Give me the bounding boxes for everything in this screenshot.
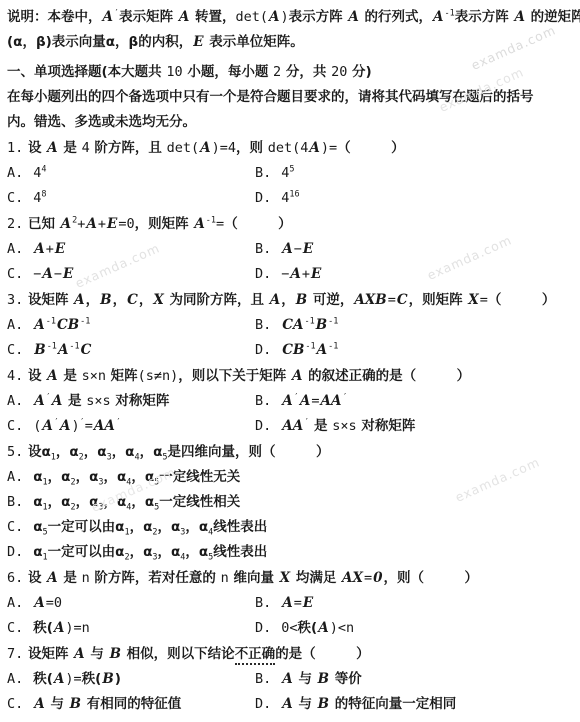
question-stem: 4. 设 A 是 s×n 矩阵(s≠n)，则以下关于矩阵 A 的叙述正确的是（ … <box>7 364 572 389</box>
option-B: B.A=E <box>255 591 314 616</box>
option-text: 48 <box>33 190 46 206</box>
option-C: C.α5一定可以由α1，α2，α3，α4线性表出 <box>7 515 572 540</box>
options-row: C.B-1A-1C D.CB-1A-1 <box>7 338 572 363</box>
options-row: A.44 B.45 <box>7 161 572 186</box>
option-label: C. <box>7 266 23 282</box>
options-row: A.秩(A)=秩(B) B.A 与 B 等价 <box>7 667 572 692</box>
option-B: B.α1，α2，α3，α4，α5一定线性相关 <box>7 490 572 515</box>
option-D: D.0<秩(A)<n <box>255 616 354 641</box>
option-text: α5一定可以由α1，α2，α3，α4线性表出 <box>33 519 267 535</box>
question-2: 2. 已知 A2+A+E=0，则矩阵 A-1=（ ） A.A+E B.A−E C… <box>7 212 572 287</box>
option-text: A=E <box>281 595 314 611</box>
option-label: B. <box>7 494 23 510</box>
option-label: B. <box>255 241 271 257</box>
option-label: D. <box>255 696 271 712</box>
option-label: C. <box>7 519 23 535</box>
option-label: A. <box>7 241 23 257</box>
question-3: 3. 设矩阵 A，B，C，X 为同阶方阵，且 A，B 可逆，AXB=C，则矩阵 … <box>7 288 572 363</box>
option-C: C.B-1A-1C <box>7 338 255 363</box>
question-1: 1. 设 A 是 4 阶方阵，且 det(A)=4，则 det(4A)=（ ） … <box>7 136 572 211</box>
option-D: D.α1一定可以由α2，α3，α4，α5线性表出 <box>7 540 572 565</box>
option-A: A.秩(A)=秩(B) <box>7 667 255 692</box>
section-title: 一、单项选择题(本大题共 10 小题，每小题 2 分，共 20 分) <box>7 60 572 85</box>
option-label: A. <box>7 595 23 611</box>
exam-page: examda.com examda.com examda.com examda.… <box>0 0 580 722</box>
option-C: C.A 与 B 有相同的特征值 <box>7 692 255 717</box>
option-text: 416 <box>281 190 299 206</box>
option-text: A′A=AA′ <box>281 393 347 409</box>
options-row: A.A=0 B.A=E <box>7 591 572 616</box>
option-C: C.48 <box>7 186 255 211</box>
option-label: B. <box>255 671 271 687</box>
option-C: C.(A′A)′=AA′ <box>7 414 255 439</box>
option-text: A+E <box>33 241 66 257</box>
option-label: D. <box>255 342 271 358</box>
option-label: A. <box>7 317 23 333</box>
option-label: A. <box>7 165 23 181</box>
option-text: α1一定可以由α2，α3，α4，α5线性表出 <box>33 544 267 560</box>
option-label: B. <box>255 595 271 611</box>
question-stem: 5. 设α1，α2，α3，α4，α5是四维向量，则（ ） <box>7 440 572 465</box>
option-text: B-1A-1C <box>33 342 92 358</box>
option-text: 0<秩(A)<n <box>281 620 354 636</box>
option-label: C. <box>7 418 23 434</box>
option-label: A. <box>7 393 23 409</box>
option-B: B.A−E <box>255 237 314 262</box>
option-text: 秩(A)=n <box>33 620 90 636</box>
option-label: D. <box>255 620 271 636</box>
question-7: 7. 设矩阵 A 与 B 相似，则以下结论不正确的是（ ） A.秩(A)=秩(B… <box>7 642 572 717</box>
option-label: D. <box>255 190 271 206</box>
option-D: D.AA′ 是 s×s 对称矩阵 <box>255 414 415 439</box>
option-text: 44 <box>33 165 46 181</box>
option-label: C. <box>7 696 23 712</box>
option-text: α1，α2，α3，α4，α5一定线性无关 <box>33 469 240 485</box>
option-text: (A′A)′=AA′ <box>33 418 121 434</box>
question-6: 6. 设 A 是 n 阶方阵，若对任意的 n 维向量 X 均满足 AX=0，则（… <box>7 566 572 641</box>
option-label: C. <box>7 620 23 636</box>
option-label: D. <box>255 266 271 282</box>
options-row: A.A-1CB-1 B.CA-1B-1 <box>7 313 572 338</box>
option-label: C. <box>7 342 23 358</box>
option-label: B. <box>255 393 271 409</box>
option-text: A′A 是 s×s 对称矩阵 <box>33 393 169 409</box>
option-A: A.α1，α2，α3，α4，α5一定线性无关 <box>7 465 572 490</box>
option-A: A.A+E <box>7 237 255 262</box>
option-text: A 与 B 的特征向量一定相同 <box>281 696 456 712</box>
option-A: A.A-1CB-1 <box>7 313 255 338</box>
option-label: B. <box>255 317 271 333</box>
option-B: B.45 <box>255 161 295 186</box>
option-text: 秩(A)=秩(B) <box>33 671 121 687</box>
option-label: D. <box>255 418 271 434</box>
option-D: D.A 与 B 的特征向量一定相同 <box>255 692 456 717</box>
question-4: 4. 设 A 是 s×n 矩阵(s≠n)，则以下关于矩阵 A 的叙述正确的是（ … <box>7 364 572 439</box>
option-text: CA-1B-1 <box>281 317 338 333</box>
option-text: A−E <box>281 241 314 257</box>
question-stem: 7. 设矩阵 A 与 B 相似，则以下结论不正确的是（ ） <box>7 642 572 667</box>
option-A: A.A′A 是 s×s 对称矩阵 <box>7 389 255 414</box>
option-D: D.CB-1A-1 <box>255 338 338 363</box>
option-B: B.A 与 B 等价 <box>255 667 362 692</box>
option-text: α1，α2，α3，α4，α5一定线性相关 <box>33 494 240 510</box>
option-text: A 与 B 有相同的特征值 <box>33 696 181 712</box>
option-label: D. <box>7 544 23 560</box>
section-instructions: 在每小题列出的四个备选项中只有一个是符合题目要求的，请将其代码填写在题后的括号内… <box>7 85 572 135</box>
option-text: A 与 B 等价 <box>281 671 362 687</box>
option-text: −A+E <box>281 266 322 282</box>
question-stem: 1. 设 A 是 4 阶方阵，且 det(A)=4，则 det(4A)=（ ） <box>7 136 572 161</box>
option-text: A=0 <box>33 595 62 611</box>
option-text: A-1CB-1 <box>33 317 90 333</box>
exam-notes: 说明：本卷中，A′表示矩阵 A 转置，det(A)表示方阵 A 的行列式，A-1… <box>7 5 572 55</box>
option-label: A. <box>7 671 23 687</box>
option-label: A. <box>7 469 23 485</box>
options-row: C.48 D.416 <box>7 186 572 211</box>
option-text: AA′ 是 s×s 对称矩阵 <box>281 418 415 434</box>
question-stem: 3. 设矩阵 A，B，C，X 为同阶方阵，且 A，B 可逆，AXB=C，则矩阵 … <box>7 288 572 313</box>
question-stem: 2. 已知 A2+A+E=0，则矩阵 A-1=（ ） <box>7 212 572 237</box>
options-row: A.A′A 是 s×s 对称矩阵 B.A′A=AA′ <box>7 389 572 414</box>
option-B: B.A′A=AA′ <box>255 389 348 414</box>
options-row: C.(A′A)′=AA′ D.AA′ 是 s×s 对称矩阵 <box>7 414 572 439</box>
options-row: C.秩(A)=n D.0<秩(A)<n <box>7 616 572 641</box>
option-label: C. <box>7 190 23 206</box>
options-row: A.A+E B.A−E <box>7 237 572 262</box>
option-text: −A−E <box>33 266 74 282</box>
option-B: B.CA-1B-1 <box>255 313 338 338</box>
option-A: A.A=0 <box>7 591 255 616</box>
question-5: 5. 设α1，α2，α3，α4，α5是四维向量，则（ ） A.α1，α2，α3，… <box>7 440 572 565</box>
option-text: 45 <box>281 165 294 181</box>
option-C: C.−A−E <box>7 262 255 287</box>
options-row: C.A 与 B 有相同的特征值 D.A 与 B 的特征向量一定相同 <box>7 692 572 717</box>
option-text: CB-1A-1 <box>281 342 338 358</box>
option-D: D.416 <box>255 186 300 211</box>
option-label: B. <box>255 165 271 181</box>
options-row: C.−A−E D.−A+E <box>7 262 572 287</box>
option-D: D.−A+E <box>255 262 322 287</box>
option-A: A.44 <box>7 161 255 186</box>
option-C: C.秩(A)=n <box>7 616 255 641</box>
question-stem: 6. 设 A 是 n 阶方阵，若对任意的 n 维向量 X 均满足 AX=0，则（… <box>7 566 572 591</box>
